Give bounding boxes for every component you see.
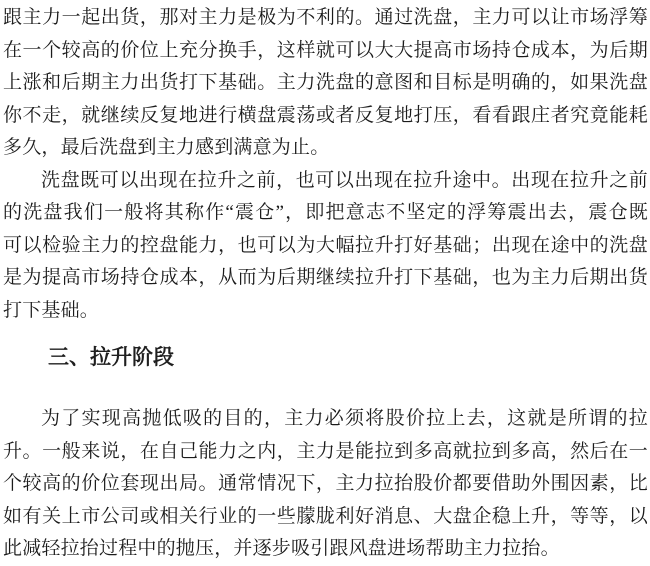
text-line: 如有关上市公司或相关行业的一些朦胧利好消息、大盘企稳上升，等等，以 [3, 501, 648, 534]
text-line: 跟主力一起出货，那对主力是极为不利的。通过洗盘，主力可以让市场浮筹 [3, 2, 648, 35]
document-page: 跟主力一起出货，那对主力是极为不利的。通过洗盘，主力可以让市场浮筹 在一个较高的… [0, 0, 650, 566]
section-heading: 三、拉升阶段 [3, 341, 648, 375]
text-line: 你不走，就继续反复地进行横盘震荡或者反复地打压，看看跟庄者究竟能耗 [3, 100, 648, 133]
text-line: 是为提高市场持仓成本，从而为后期继续拉升打下基础，也为主力后期出货 [3, 262, 648, 295]
text-line: 可以检验主力的控盘能力，也可以为大幅拉升打好基础；出现在途中的洗盘 [3, 230, 648, 263]
text-line: 打下基础。 [3, 295, 648, 328]
text-line: 的洗盘我们一般将其称作“震仓”，即把意志不坚定的浮筹震出去，震仓既 [3, 197, 648, 230]
text-line: 在一个较高的价位上充分换手，这样就可以大大提高市场持仓成本，为后期 [3, 35, 648, 68]
text-line: 上涨和后期主力出货打下基础。主力洗盘的意图和目标是明确的，如果洗盘 [3, 67, 648, 100]
text-line: 升。一般来说，在自己能力之内，主力是能拉到多高就拉到多高，然后在一 [3, 436, 648, 469]
text-line: 多久，最后洗盘到主力感到满意为止。 [3, 132, 648, 165]
text-line: 为了实现高抛低吸的目的，主力必须将股价拉上去，这就是所谓的拉 [3, 403, 648, 436]
text-line: 此减轻拉抬过程中的抛压，并逐步吸引跟风盘进场帮助主力拉抬。 [3, 533, 648, 566]
text-line: 个较高的价位套现出局。通常情况下，主力拉抬股价都要借助外围因素，比 [3, 468, 648, 501]
text-line: 洗盘既可以出现在拉升之前，也可以出现在拉升途中。出现在拉升之前 [3, 165, 648, 198]
